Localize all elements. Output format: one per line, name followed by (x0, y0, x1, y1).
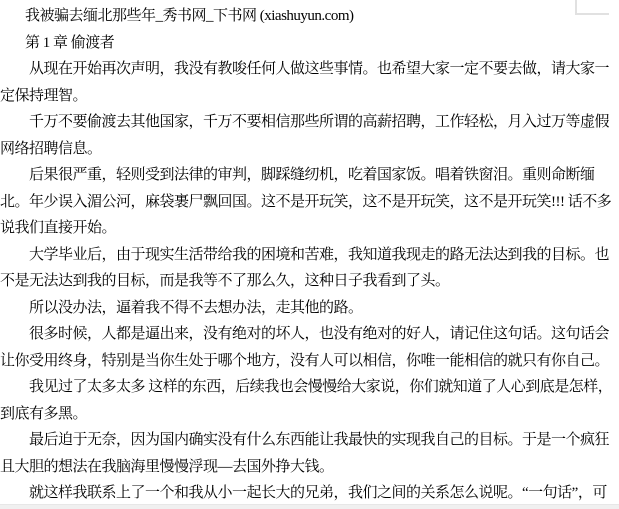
paragraph: 千万不要偷渡去其他国家，千万不要相信那些所谓的高薪招聘，工作轻松，月入过万等虚假… (0, 109, 619, 162)
bottom-scrollbar-track[interactable] (0, 504, 619, 509)
paragraph: 所以没办法，逼着我不得不去想办法，走其他的路。 (0, 295, 619, 322)
paragraph: 最后迫于无奈，因为国内确实没有什么东西能让我最快的实现我自己的目标。于是一个疯狂… (0, 427, 619, 480)
paragraph: 从现在开始再次声明，我没有教唆任何人做这些事情。也希望大家一定不要去做，请大家一… (0, 56, 619, 109)
book-title-line: 我被骗去缅北那些年_秀书网_下书网 (xiashuyun.com) (0, 3, 619, 30)
paragraph: 后果很严重，轻则受到法律的审判，脚踩缝纫机，吃着国家饭。唱着铁窗泪。重则命断缅北… (0, 162, 619, 242)
paragraph-container: 从现在开始再次声明，我没有教唆任何人做这些事情。也希望大家一定不要去做，请大家一… (0, 56, 619, 507)
paragraph: 大学毕业后，由于现实生活带给我的困境和苦难，我知道我现走的路无法达到我的目标。也… (0, 242, 619, 295)
paragraph: 就这样我联系上了一个和我从小一起长大的兄弟，我们之间的关系怎么说呢。“一句话”，… (0, 480, 619, 507)
cutoff-box-corner (575, 0, 609, 15)
paragraph: 很多时候，人都是逼出来，没有绝对的坏人，也没有绝对的好人，请记住这句话。这句话会… (0, 321, 619, 374)
chapter-heading: 第 1 章 偷渡者 (0, 30, 619, 57)
paragraph: 我见过了太多太多 这样的东西，后续我也会慢慢给大家说，你们就知道了人心到底是怎样… (0, 374, 619, 427)
document-text: 我被骗去缅北那些年_秀书网_下书网 (xiashuyun.com) 第 1 章 … (0, 3, 619, 507)
